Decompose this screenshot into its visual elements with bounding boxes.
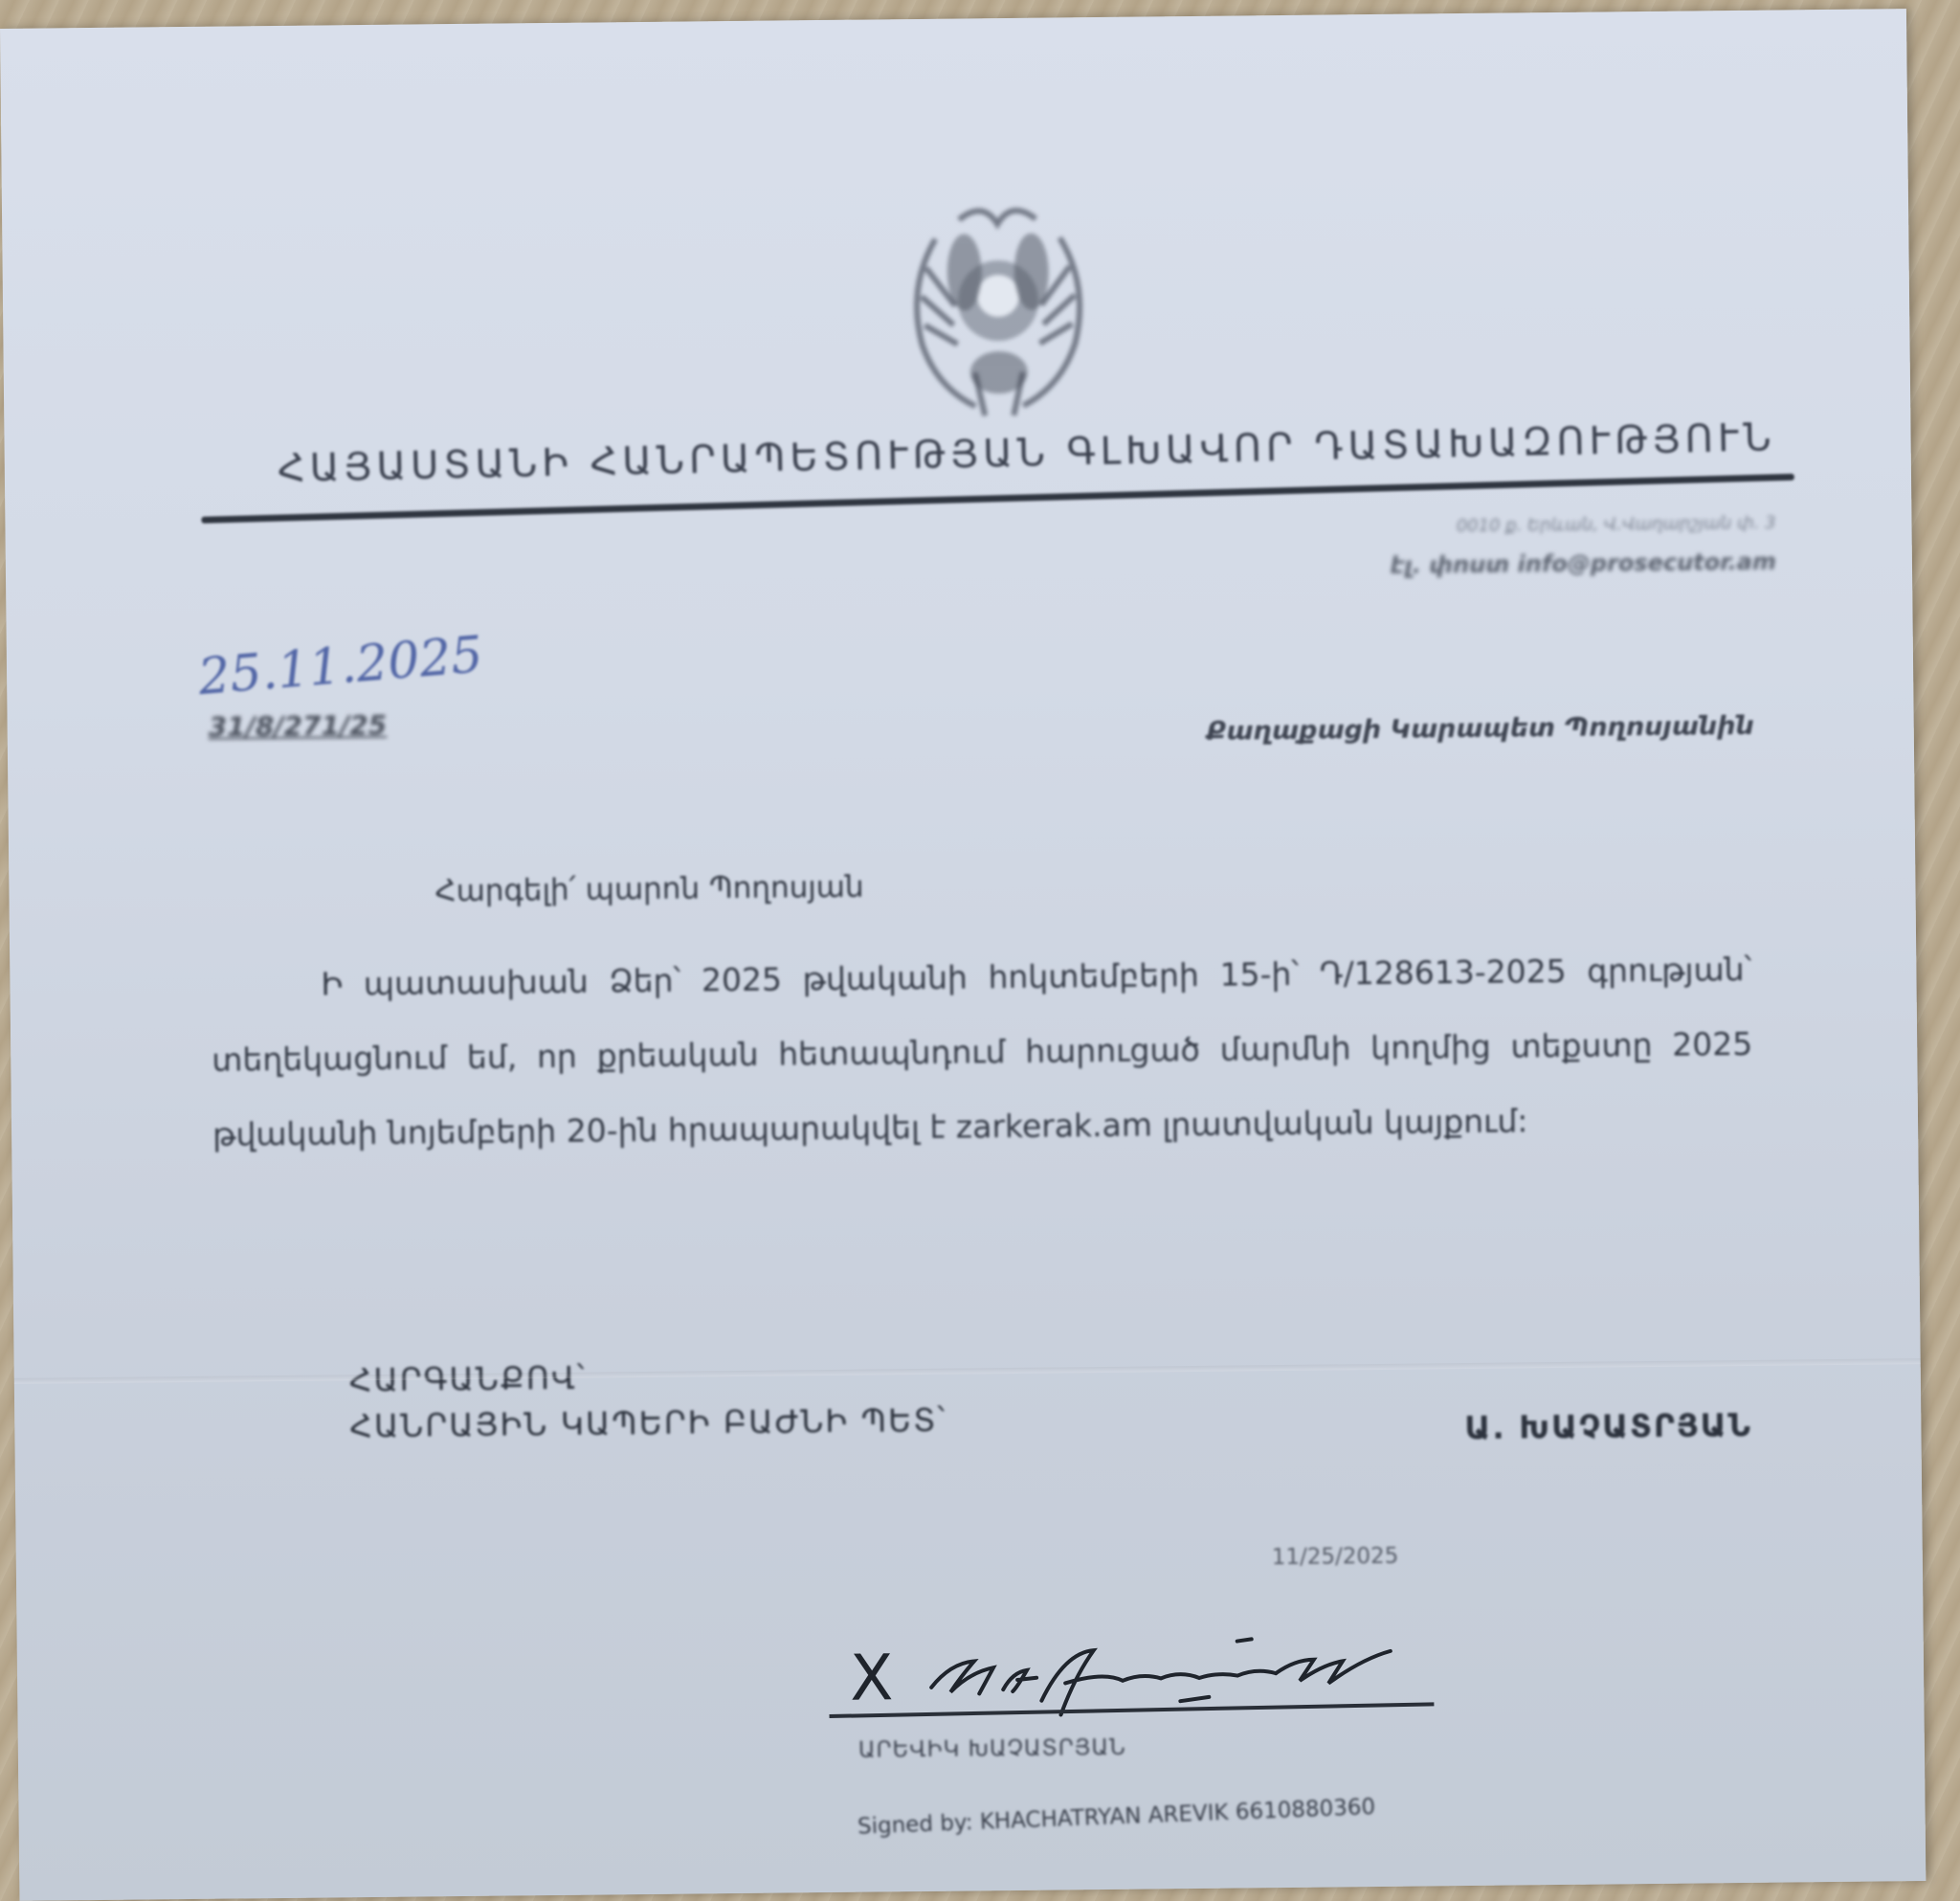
reference-number: 31/8/271/25 xyxy=(208,709,387,743)
signer-full-name: ԱՐԵՎԻԿ ԽԱՉԱՏՐՅԱՆ xyxy=(858,1735,1126,1763)
closing-regards: ՀԱՐԳԱՆՔՈՎ՝ xyxy=(349,1352,947,1404)
paragraph-indent xyxy=(212,995,322,996)
letter-page: ՀԱՅԱՍՏԱՆԻ ՀԱՆՐԱՊԵՏՈՒԹՅԱՆ ԳԼԽԱՎՈՐ ԴԱՏԱԽԱԶ… xyxy=(0,9,1926,1901)
coat-of-arms-icon xyxy=(868,180,1129,432)
signature-date: 11/25/2025 xyxy=(1272,1544,1399,1570)
body-text: Ի պատասխան Ձեր՝ 2025 թվականի հոկտեմբերի … xyxy=(212,950,1752,1153)
closing-block: ՀԱՐԳԱՆՔՈՎ՝ ՀԱՆՐԱՅԻՆ ԿԱՊԵՐԻ ԲԱԺՆԻ ՊԵՏ՝ xyxy=(349,1352,947,1450)
salutation: Հարգելի՛ պարոն Պողոսյան xyxy=(434,870,863,909)
signature-mark: X xyxy=(850,1646,894,1710)
digital-signature-note: Signed by: KHACHATRYAN AREVIK 6610880360 xyxy=(857,1795,1376,1840)
recipient: Քաղաքացի Կարապետ Պողոսյանին xyxy=(1132,711,1754,748)
email-line: էլ. փոստ info@prosecutor.am xyxy=(1279,548,1776,580)
closing-position: ՀԱՆՐԱՅԻՆ ԿԱՊԵՐԻ ԲԱԺՆԻ ՊԵՏ՝ xyxy=(349,1398,947,1450)
letter-body: Ի պատասխան Ձեր՝ 2025 թվականի հոկտեմբերի … xyxy=(211,932,1753,1173)
address-line: 0010 ք. Երևան, Վ.Վաղարշյան փ. 3 xyxy=(1335,513,1775,538)
handwritten-date: 25.11.2025 xyxy=(196,626,485,706)
signer-name: Ա. ԽԱՉԱՏՐՅԱՆ xyxy=(1464,1406,1752,1446)
